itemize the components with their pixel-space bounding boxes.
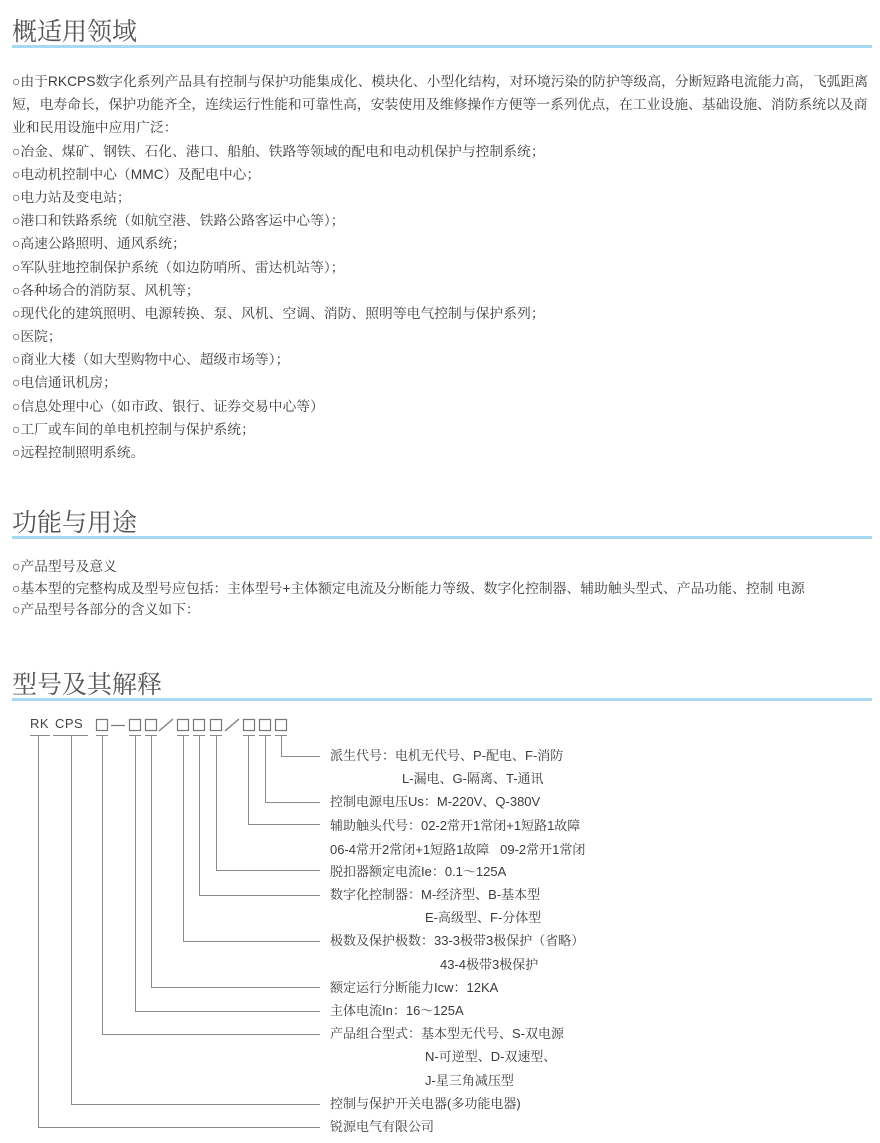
label-combination-cont1: N-可逆型、D-双速型、 bbox=[425, 1049, 556, 1065]
label-poles: 极数及保护极数：33-3极带3极保护（省略） bbox=[330, 933, 584, 949]
label-breaking-capacity: 额定运行分断能力Icw：12KA bbox=[330, 980, 498, 996]
label-derived-code-cont: L-漏电、G-隔离、T-通讯 bbox=[402, 771, 544, 787]
connector-lines bbox=[39, 736, 321, 1128]
label-main-current: 主体电流In：16～125A bbox=[330, 1003, 464, 1019]
label-digital-controller-cont: E-高级型、F-分体型 bbox=[425, 910, 541, 926]
label-aux-contact: 辅助触头代号：02-2常开1常闭+1短路1故障 bbox=[330, 818, 580, 834]
label-device-type: 控制与保护开关电器(多功能电器) bbox=[330, 1096, 521, 1112]
label-derived-code: 派生代号：电机无代号、P-配电、F-消防 bbox=[330, 748, 563, 764]
label-company: 锐源电气有限公司 bbox=[330, 1119, 434, 1135]
label-aux-contact-cont: 06-4常开2常闭+1短路1故障 09-2常开1常闭 bbox=[330, 842, 585, 858]
separators bbox=[111, 719, 239, 731]
code-prefix-rk: RK bbox=[30, 716, 49, 732]
code-prefix-cps: CPS bbox=[55, 716, 83, 732]
label-combination-cont2: J-星三角减压型 bbox=[425, 1073, 514, 1089]
label-control-voltage: 控制电源电压Us：M-220V、Q-380V bbox=[330, 794, 540, 810]
label-trip-current: 脱扣器额定电流Ie：0.1～125A bbox=[330, 864, 506, 880]
label-digital-controller: 数字化控制器：M-经济型、B-基本型 bbox=[330, 887, 540, 903]
model-code-diagram: RK CPS 派生代号：电机无代号、P-配电、F-消防 L-漏电、G-隔离、T-… bbox=[0, 0, 880, 1143]
label-poles-cont: 43-4极带3极保护 bbox=[440, 957, 538, 973]
label-combination: 产品组合型式：基本型无代号、S-双电源 bbox=[330, 1026, 564, 1042]
